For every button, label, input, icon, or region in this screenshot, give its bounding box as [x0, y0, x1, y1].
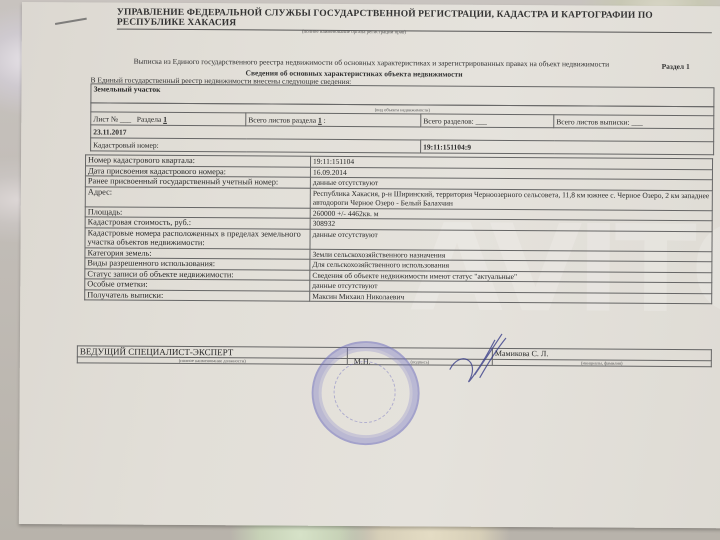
stamp-label: М.П. — [354, 357, 371, 366]
organization-caption: (полное наименование органа регистрации … — [302, 30, 406, 36]
row-value: Максин Михаил Николаевич — [310, 291, 712, 304]
total-sections-label: Всего разделов: — [423, 116, 473, 125]
row-label: Кадастровые номера расположенных в преде… — [85, 227, 310, 248]
row-label: Адрес: — [85, 186, 310, 207]
total-section-sheets-cell: Всего листов раздела 1 : — [246, 113, 421, 127]
name-caption: (инициалы, фамилия) — [492, 359, 711, 366]
stamp-emblem-icon — [333, 361, 395, 423]
total-sections-cell: Всего разделов: ___ — [421, 114, 554, 128]
section-of-label: Раздела — [137, 114, 162, 123]
organization-title: УПРАВЛЕНИЕ ФЕДЕРАЛЬНОЙ СЛУЖБЫ ГОСУДАРСТВ… — [117, 8, 712, 34]
row-label: Ранее присвоенный государственный учетны… — [85, 176, 310, 188]
pencil-mark — [55, 18, 87, 25]
total-extract-sheets-cell: Всего листов выписки: ___ — [554, 115, 714, 129]
total-extract-sheets-label: Всего листов выписки: — [556, 117, 629, 126]
characteristics-table: Номер кадастрового квартала:19:11:151104… — [84, 154, 713, 304]
row-label: Особые отметки: — [85, 279, 310, 291]
sheet-value: ___ — [120, 114, 131, 123]
row-label: Площадь: — [85, 206, 310, 218]
total-sections-value: ___ — [476, 116, 487, 125]
section-of-value: 1 — [163, 114, 167, 123]
handwritten-signature-icon — [440, 330, 520, 390]
row-label: Номер кадастрового квартала: — [86, 155, 311, 167]
position-caption: (полное наименование должности) — [77, 357, 347, 365]
row-label: Статус записи об объекте недвижимости: — [85, 268, 310, 280]
row-label: Категория земель: — [85, 247, 310, 259]
extract-title: Выписка из Единого государственного реес… — [134, 57, 610, 69]
row-value: данные отсутствуют — [310, 229, 712, 251]
cadastral-number-label: Кадастровый номер: — [91, 138, 421, 153]
official-stamp-icon: М.П. — [311, 341, 420, 446]
total-section-sheets-value: 1 — [318, 115, 322, 124]
total-extract-sheets-value: ___ — [632, 117, 643, 126]
sheet-number-cell: Лист № ___ Раздела 1 — [91, 112, 246, 126]
section-label: Раздел 1 — [662, 62, 690, 71]
object-type-caption: (вид объекта недвижимости) — [375, 107, 430, 112]
row-label: Получатель выписки: — [85, 289, 310, 301]
sheet-info-row: Кадастровый номер: 19:11:151104:9 — [91, 138, 714, 155]
row-value: Республика Хакасия, р-н Ширинский, терри… — [310, 188, 712, 210]
official-position: ВЕДУЩИЙ СПЕЦИАЛИСТ-ЭКСПЕРТ — [77, 346, 347, 359]
row-label: Виды разрешенного использования: — [85, 258, 310, 270]
document-page: УПРАВЛЕНИЕ ФЕДЕРАЛЬНОЙ СЛУЖБЫ ГОСУДАРСТВ… — [19, 2, 720, 528]
sheet-label: Лист № — [93, 114, 118, 123]
total-section-sheets-label: Всего листов раздела — [248, 115, 316, 124]
row-label: Кадастровая стоимость, руб.: — [85, 217, 310, 229]
row-label: Дата присвоения кадастрового номера: — [85, 165, 310, 177]
cadastral-number-value: 19:11:151104:9 — [421, 140, 714, 155]
sheet-info-table: (вид объекта недвижимости) Лист № ___ Ра… — [90, 102, 714, 155]
